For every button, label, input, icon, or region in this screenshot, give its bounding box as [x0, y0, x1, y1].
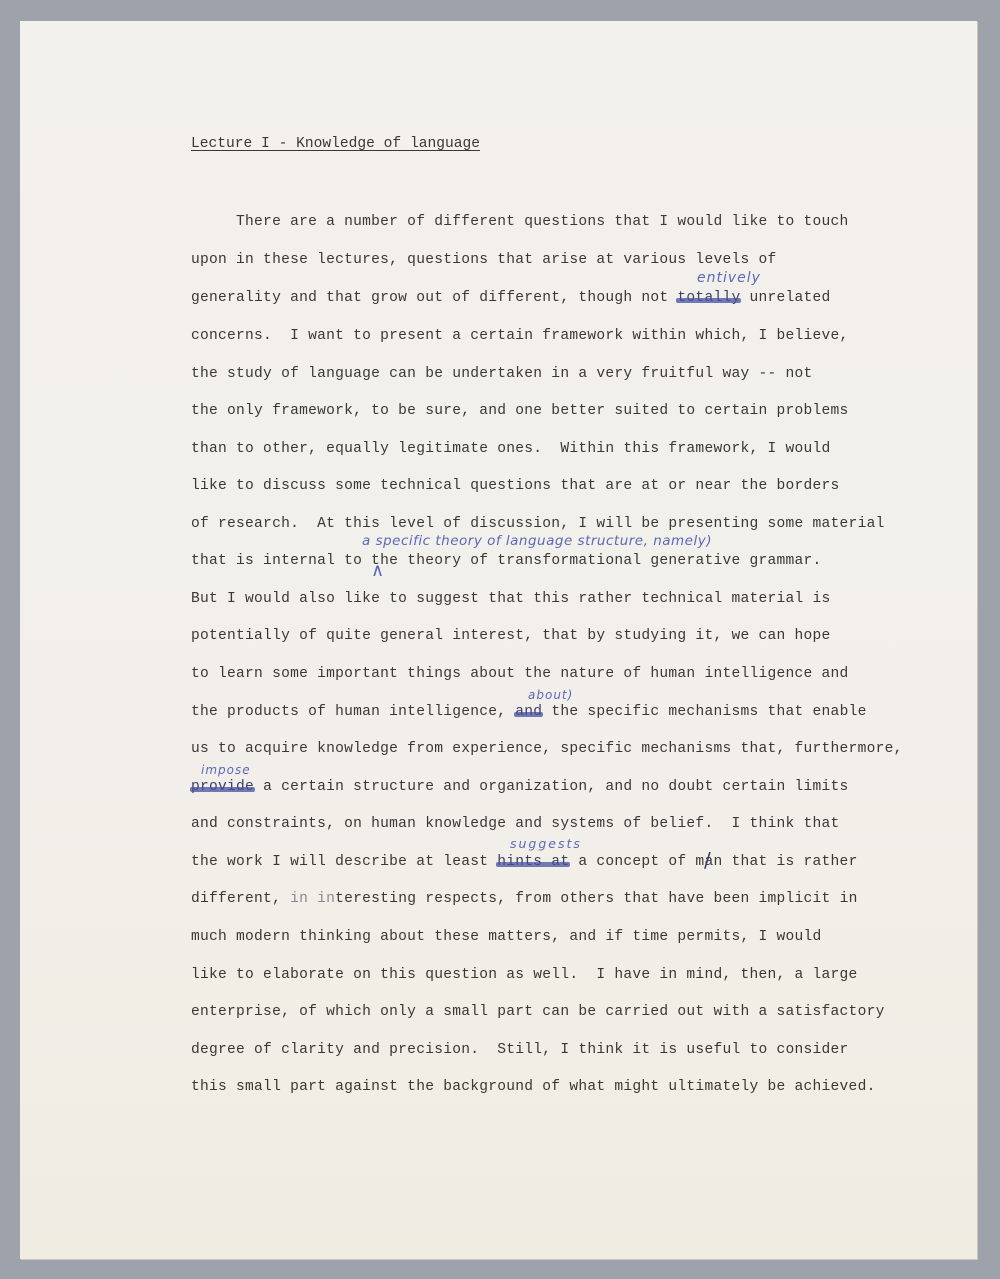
handwritten-insertion-suggests: suggests [510, 836, 582, 851]
struck-word-provide: provide [191, 779, 254, 795]
text-line-16: provide a certain structure and organiza… [191, 779, 849, 795]
struck-word-and: and [515, 704, 542, 720]
text-line-14-end: the specific mechanisms that enable [542, 704, 866, 720]
text-line-10-end: the theory of transformational generativ… [371, 553, 821, 569]
text-line-6: the only framework, to be sure, and one … [191, 403, 849, 419]
text-line-17: and constraints, on human knowledge and … [191, 816, 840, 832]
text-line-22: enterprise, of which only a small part c… [191, 1004, 885, 1020]
text-line-3: generality and that grow out of differen… [191, 290, 831, 306]
text-line-20: much modern thinking about these matters… [191, 929, 822, 945]
struck-word-totally: totally [677, 290, 740, 306]
word-separation-mark-icon: / [704, 848, 711, 872]
handwritten-insertion-entirely: entively [697, 270, 761, 286]
insertion-caret-icon: ∧ [371, 560, 384, 581]
handwritten-insertion-about: about) [528, 688, 573, 702]
text-line-19-start: different, [191, 891, 290, 907]
text-line-8: like to discuss some technical questions… [191, 478, 840, 494]
text-line-7: than to other, equally legitimate ones. … [191, 441, 831, 457]
text-line-11: But I would also like to suggest that th… [191, 591, 831, 607]
text-line-9: of research. At this level of discussion… [191, 516, 885, 532]
text-line-5: the study of language can be undertaken … [191, 366, 813, 382]
text-line-2: upon in these lectures, questions that a… [191, 252, 777, 268]
text-line-18-start: the work I will describe at least [191, 854, 497, 870]
text-line-15: us to acquire knowledge from experience,… [191, 741, 903, 757]
text-line-14-start: the products of human intelligence, [191, 704, 515, 720]
text-line-3-start: generality and that grow out of differen… [191, 290, 677, 306]
text-line-18-end: a concept of man that is rather [569, 854, 857, 870]
text-line-18: the work I will describe at least hints … [191, 854, 858, 870]
text-line-1: There are a number of different question… [191, 214, 849, 230]
handwritten-insertion-impose: impose [201, 763, 251, 777]
text-line-19: different, in interesting respects, from… [191, 891, 858, 907]
struck-words-hints-at: hints at [497, 854, 569, 870]
typed-insertion-in: in in [290, 891, 335, 907]
text-line-12: potentially of quite general interest, t… [191, 628, 831, 644]
text-line-10: that is internal to the theory of transf… [191, 553, 822, 569]
text-line-10-start: that is internal to [191, 553, 362, 569]
text-line-24: this small part against the background o… [191, 1079, 876, 1095]
text-line-4: concerns. I want to present a certain fr… [191, 328, 849, 344]
page-title: Lecture I - Knowledge of language [191, 136, 480, 152]
handwritten-insertion-specific-theory: a specific theory of language structure,… [362, 533, 712, 549]
text-line-3-end: unrelated [740, 290, 830, 306]
text-line-13: to learn some important things about the… [191, 666, 849, 682]
text-line-19-end: teresting respects, from others that hav… [335, 891, 857, 907]
text-line-23: degree of clarity and precision. Still, … [191, 1042, 849, 1058]
text-line-21: like to elaborate on this question as we… [191, 967, 858, 983]
text-line-16-rest: a certain structure and organization, an… [254, 779, 849, 795]
text-line-14: the products of human intelligence, and … [191, 704, 867, 720]
